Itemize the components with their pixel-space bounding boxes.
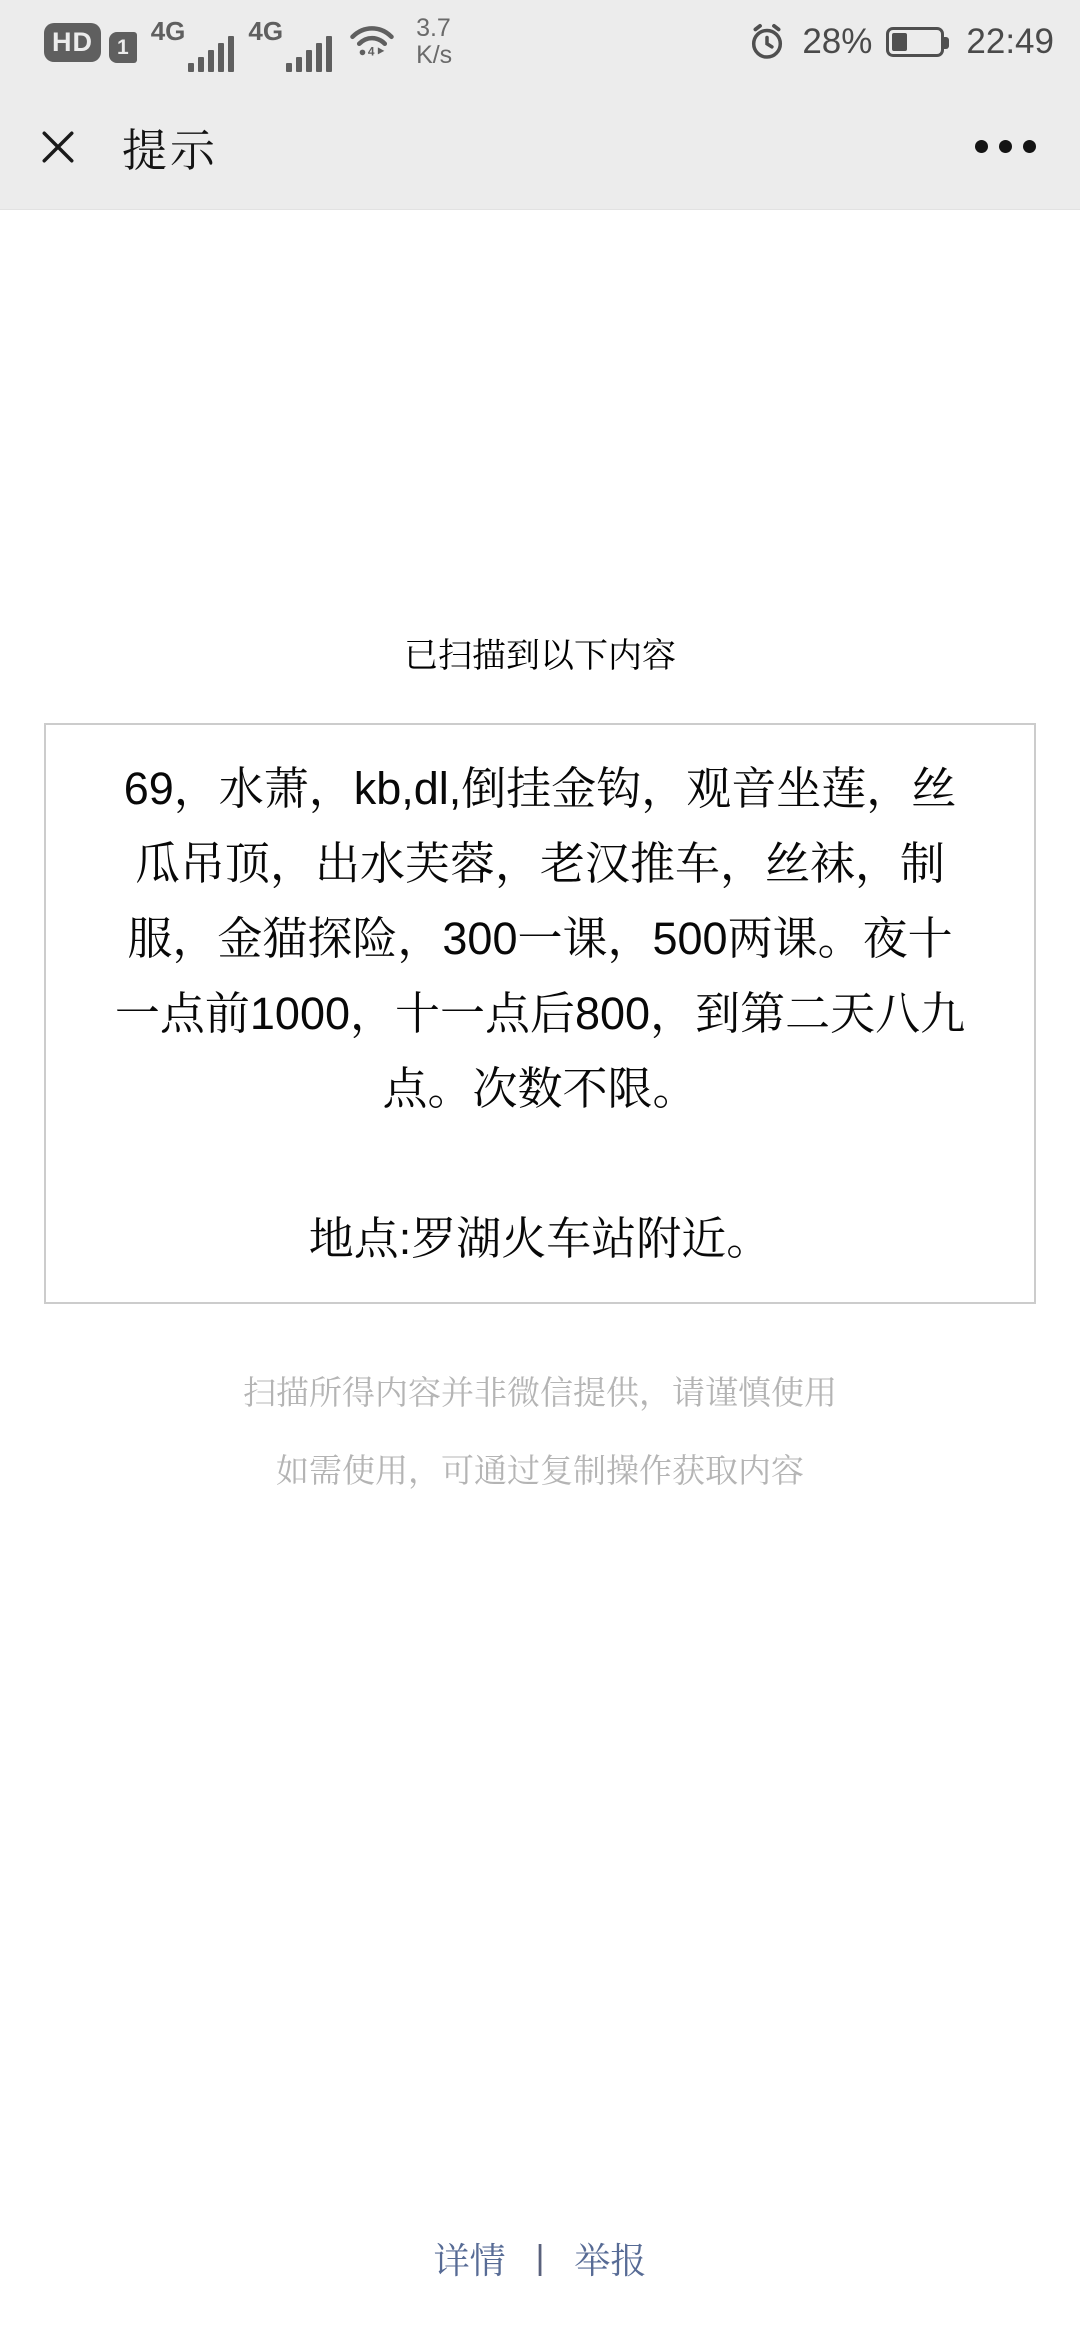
disclaimer: 扫描所得内容并非微信提供，请谨慎使用 如需使用，可通过复制操作获取内容 xyxy=(0,1354,1080,1510)
scanned-text-line: 服，金猫探险，300一课，500两课。夜十 xyxy=(62,901,1018,976)
battery-percent-label: 28% xyxy=(802,22,872,62)
status-bar-right: 28% 22:49 xyxy=(746,21,1054,63)
wechat-scan-notice-screen: HD 1 4G 4G 4 3.7 xyxy=(0,0,1080,2340)
signal-bars-icon xyxy=(188,20,234,72)
status-bar-left: HD 1 4G 4G 4 3.7 xyxy=(44,12,452,72)
network-speed: 3.7 K/s xyxy=(416,15,452,69)
scanned-text-line: 69，水萧，kb,dl,倒挂金钩，观音坐莲，丝 xyxy=(62,751,1018,826)
more-dots-icon xyxy=(1023,140,1036,153)
cellular-signal-sim1: 4G xyxy=(151,12,235,72)
page-title: 提示 xyxy=(122,114,218,179)
close-button[interactable] xyxy=(36,125,80,169)
signal-bars-icon xyxy=(286,20,332,72)
blank-line xyxy=(62,1126,1018,1201)
footer-links: 详情 | 举报 xyxy=(0,2233,1080,2284)
disclaimer-line-2: 如需使用，可通过复制操作获取内容 xyxy=(0,1432,1080,1510)
cellular-signal-sim2: 4G xyxy=(248,12,332,72)
more-menu-button[interactable] xyxy=(971,126,1040,167)
clock-time: 22:49 xyxy=(966,22,1054,62)
network-speed-value: 3.7 xyxy=(416,15,451,42)
scanned-text-line: 一点前1000，十一点后800，到第二天八九 xyxy=(62,976,1018,1051)
sim1-badge-icon: 1 xyxy=(109,32,137,63)
wifi-icon: 4 xyxy=(346,16,398,68)
network-speed-unit: K/s xyxy=(416,42,452,69)
svg-text:4: 4 xyxy=(368,44,375,58)
more-dots-icon xyxy=(999,140,1012,153)
battery-nub xyxy=(944,37,949,49)
disclaimer-line-1: 扫描所得内容并非微信提供，请谨慎使用 xyxy=(0,1354,1080,1432)
details-link[interactable]: 详情 xyxy=(434,2233,506,2284)
close-icon xyxy=(36,125,80,169)
battery-icon xyxy=(886,27,944,57)
more-dots-icon xyxy=(975,140,988,153)
report-link[interactable]: 举报 xyxy=(574,2233,646,2284)
network-type-label: 4G xyxy=(151,18,186,44)
alarm-clock-icon xyxy=(746,21,788,63)
scanned-content-box: 69，水萧，kb,dl,倒挂金钩，观音坐莲，丝 瓜吊顶，出水芙蓉，老汉推车，丝袜… xyxy=(44,723,1036,1304)
status-bar: HD 1 4G 4G 4 3.7 xyxy=(0,0,1080,84)
battery-fill xyxy=(892,33,907,51)
title-bar: 提示 xyxy=(0,84,1080,210)
scan-notice-text: 已扫描到以下内容 xyxy=(0,628,1080,677)
scanned-text-line: 点。次数不限。 xyxy=(62,1051,1018,1126)
scanned-text-line: 瓜吊顶，出水芙蓉，老汉推车，丝袜，制 xyxy=(62,826,1018,901)
network-type-label: 4G xyxy=(248,18,283,44)
footer-separator: | xyxy=(536,2239,545,2278)
volte-hd-icon: HD xyxy=(44,23,101,62)
scanned-location-line: 地点:罗湖火车站附近。 xyxy=(62,1201,1018,1276)
